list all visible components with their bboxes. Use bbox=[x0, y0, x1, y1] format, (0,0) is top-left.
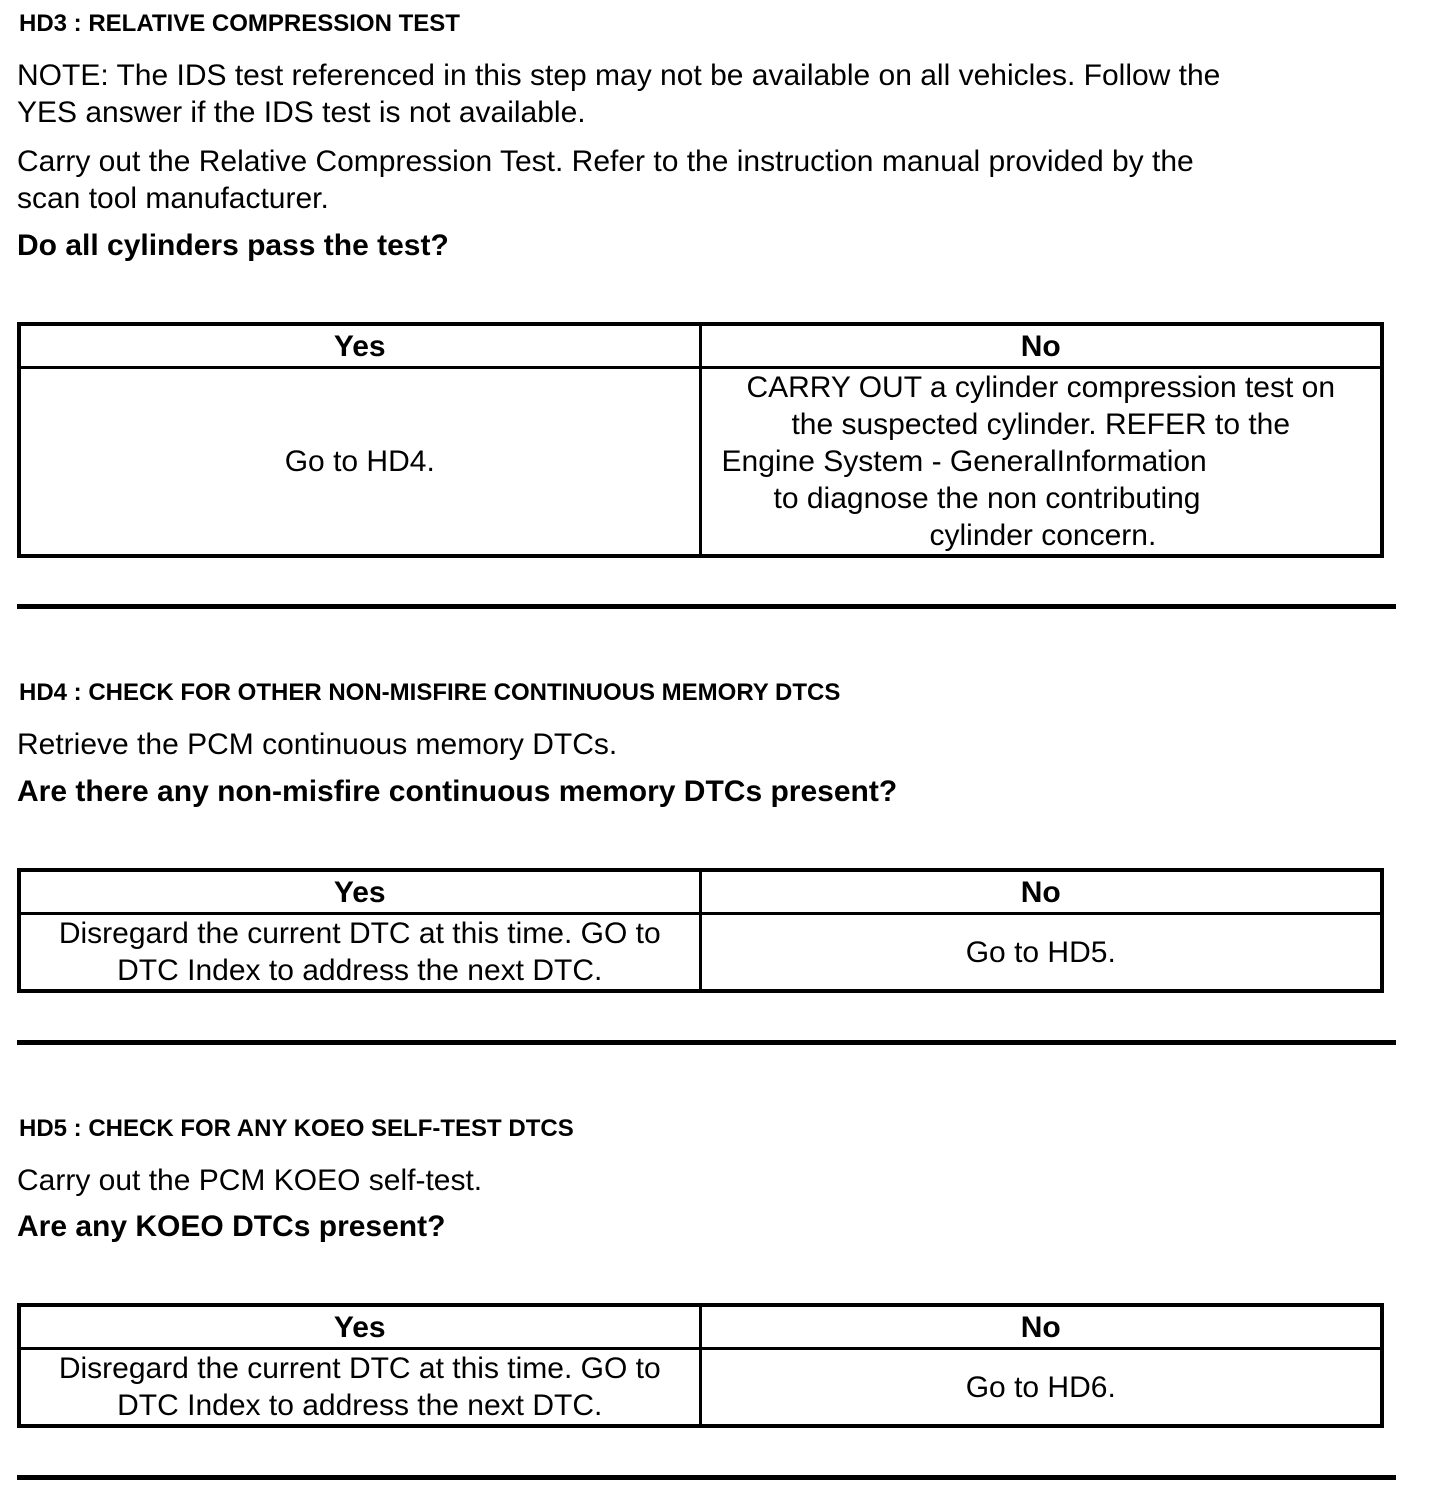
no-link-hd5[interactable]: Go to HD5. bbox=[702, 934, 1381, 971]
text-line: Retrieve the PCM continuous memory DTCs. bbox=[17, 726, 617, 763]
text-line: DTC Index to address the next DTC. bbox=[21, 1387, 699, 1424]
instruction-paragraph: Carry out the Relative Compression Test.… bbox=[17, 143, 1194, 217]
no-cell: CARRY OUT a cylinder compression test on… bbox=[700, 368, 1382, 557]
yes-no-table-hd4: Yes No Disregard the current DTC at this… bbox=[17, 868, 1384, 993]
section-divider bbox=[17, 1040, 1396, 1045]
section-divider bbox=[17, 604, 1396, 609]
step-question: Are any KOEO DTCs present? bbox=[17, 1210, 445, 1244]
yes-cell: Go to HD4. bbox=[19, 368, 700, 557]
header-no: No bbox=[700, 870, 1382, 914]
text-line: YES answer if the IDS test is not availa… bbox=[17, 94, 1220, 131]
step-title-hd3: HD3 : RELATIVE COMPRESSION TEST bbox=[19, 10, 460, 38]
no-cell: Go to HD5. bbox=[700, 914, 1382, 992]
section-divider bbox=[17, 1475, 1396, 1480]
text-line: Carry out the PCM KOEO self-test. bbox=[17, 1162, 482, 1199]
text-line: Carry out the Relative Compression Test.… bbox=[17, 143, 1194, 180]
no-link-hd6[interactable]: Go to HD6. bbox=[702, 1369, 1381, 1406]
yes-cell: Disregard the current DTC at this time. … bbox=[19, 1349, 700, 1427]
text-line: the suspected cylinder. REFER to the bbox=[702, 406, 1381, 443]
text-line: to diagnose the non contributing bbox=[702, 480, 1381, 517]
header-yes: Yes bbox=[19, 1305, 700, 1349]
note-paragraph: NOTE: The IDS test referenced in this st… bbox=[17, 57, 1220, 131]
yes-no-table-hd3: Yes No Go to HD4. CARRY OUT a cylinder c… bbox=[17, 322, 1384, 558]
yes-link-hd4[interactable]: Go to HD4. bbox=[21, 443, 699, 480]
instruction-paragraph: Carry out the PCM KOEO self-test. bbox=[17, 1162, 482, 1199]
text-line: Disregard the current DTC at this time. … bbox=[21, 1350, 699, 1387]
step-title-hd5: HD5 : CHECK FOR ANY KOEO SELF-TEST DTCS bbox=[19, 1115, 574, 1143]
text-line: cylinder concern. bbox=[702, 517, 1381, 554]
text-line: scan tool manufacturer. bbox=[17, 180, 1194, 217]
text-line: NOTE: The IDS test referenced in this st… bbox=[17, 57, 1220, 94]
step-question: Are there any non-misfire continuous mem… bbox=[17, 775, 897, 809]
text-line: Engine System - GeneralInformation bbox=[702, 443, 1381, 480]
header-yes: Yes bbox=[19, 324, 700, 368]
text-line: CARRY OUT a cylinder compression test on bbox=[702, 369, 1381, 406]
step-title-hd4: HD4 : CHECK FOR OTHER NON-MISFIRE CONTIN… bbox=[19, 679, 840, 707]
yes-cell: Disregard the current DTC at this time. … bbox=[19, 914, 700, 992]
header-yes: Yes bbox=[19, 870, 700, 914]
header-no: No bbox=[700, 1305, 1382, 1349]
header-no: No bbox=[700, 324, 1382, 368]
text-line: DTC Index to address the next DTC. bbox=[21, 952, 699, 989]
no-cell: Go to HD6. bbox=[700, 1349, 1382, 1427]
instruction-paragraph: Retrieve the PCM continuous memory DTCs. bbox=[17, 726, 617, 763]
step-question: Do all cylinders pass the test? bbox=[17, 229, 449, 263]
text-line: Disregard the current DTC at this time. … bbox=[21, 915, 699, 952]
yes-no-table-hd5: Yes No Disregard the current DTC at this… bbox=[17, 1303, 1384, 1428]
